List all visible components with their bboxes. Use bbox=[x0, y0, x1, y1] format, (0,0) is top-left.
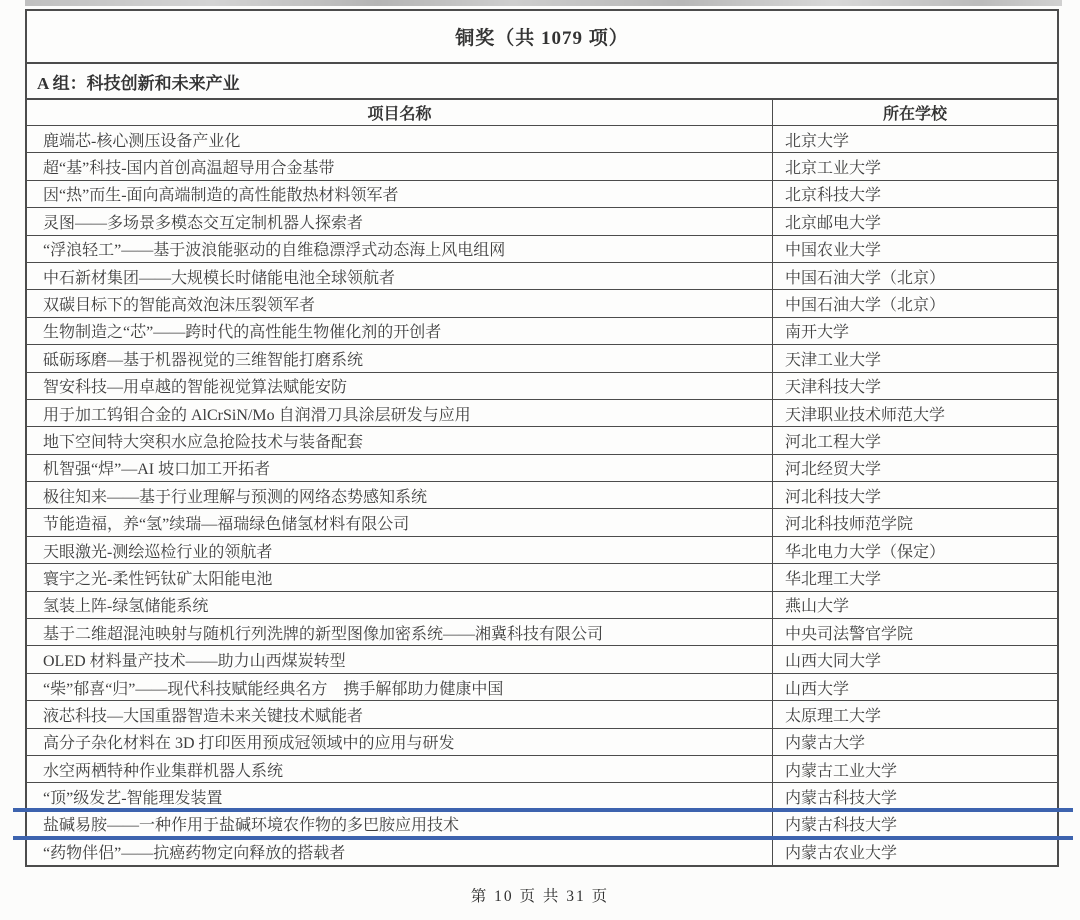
project-name-cell: 鹿端芯-核心测压设备产业化 bbox=[27, 126, 772, 152]
project-name-cell: “浮浪轻工”——基于波浪能驱动的自维稳漂浮式动态海上风电组网 bbox=[27, 236, 772, 262]
school-cell: 内蒙古大学 bbox=[772, 729, 1057, 755]
school-cell: 山西大学 bbox=[772, 674, 1057, 700]
table-row: 寰宇之光-柔性钙钛矿太阳能电池 华北理工大学 bbox=[27, 564, 1057, 591]
school-cell: 内蒙古科技大学 bbox=[772, 811, 1057, 837]
table-row: 盐碱易胺——一种作用于盐碱环境农作物的多巴胺应用技术 内蒙古科技大学 bbox=[27, 811, 1057, 838]
project-name-cell: 地下空间特大突积水应急抢险技术与装备配套 bbox=[27, 427, 772, 453]
project-name-cell: 盐碱易胺——一种作用于盐碱环境农作物的多巴胺应用技术 bbox=[27, 811, 772, 837]
table-row: 机智强“焊”—AI 坡口加工开拓者 河北经贸大学 bbox=[27, 455, 1057, 482]
column-header-project: 项目名称 bbox=[27, 100, 772, 125]
school-cell: 内蒙古科技大学 bbox=[772, 783, 1057, 809]
project-name-cell: “顶”级发艺-智能理发装置 bbox=[27, 783, 772, 809]
project-name-cell: 中石新材集团——大规模长时储能电池全球领航者 bbox=[27, 263, 772, 289]
school-cell: 太原理工大学 bbox=[772, 701, 1057, 727]
column-header-school: 所在学校 bbox=[772, 100, 1057, 125]
school-cell: 天津科技大学 bbox=[772, 373, 1057, 399]
project-name-cell: 机智强“焊”—AI 坡口加工开拓者 bbox=[27, 455, 772, 481]
project-name-cell: “药物伴侣”——抗癌药物定向释放的搭载者 bbox=[27, 838, 772, 864]
table-row: 液芯科技—大国重器智造未来关键技术赋能者 太原理工大学 bbox=[27, 701, 1057, 728]
project-name-cell: 灵图——多场景多模态交互定制机器人探索者 bbox=[27, 208, 772, 234]
table-row: 极往知来——基于行业理解与预测的网络态势感知系统 河北科技大学 bbox=[27, 482, 1057, 509]
project-name-cell: 智安科技—用卓越的智能视觉算法赋能安防 bbox=[27, 373, 772, 399]
table-row: 因“热”而生-面向高端制造的高性能散热材料领军者 北京科技大学 bbox=[27, 181, 1057, 208]
school-cell: 内蒙古农业大学 bbox=[772, 838, 1057, 864]
awards-table: 铜奖（共 1079 项） A 组：科技创新和未来产业 项目名称 所在学校 鹿端芯… bbox=[25, 9, 1059, 867]
school-cell: 中国石油大学（北京） bbox=[772, 290, 1057, 316]
table-header-row: 项目名称 所在学校 bbox=[27, 100, 1057, 126]
school-cell: 天津工业大学 bbox=[772, 345, 1057, 371]
project-name-cell: 水空两栖特种作业集群机器人系统 bbox=[27, 756, 772, 782]
table-row: 智安科技—用卓越的智能视觉算法赋能安防 天津科技大学 bbox=[27, 373, 1057, 400]
project-name-cell: 生物制造之“芯”——跨时代的高性能生物催化剂的开创者 bbox=[27, 318, 772, 344]
school-cell: 天津职业技术师范大学 bbox=[772, 400, 1057, 426]
project-name-cell: 超“基”科技-国内首创高温超导用合金基带 bbox=[27, 153, 772, 179]
school-cell: 北京大学 bbox=[772, 126, 1057, 152]
table-row: “顶”级发艺-智能理发装置 内蒙古科技大学 bbox=[27, 783, 1057, 810]
school-cell: 北京科技大学 bbox=[772, 181, 1057, 207]
school-cell: 华北电力大学（保定） bbox=[772, 537, 1057, 563]
table-row: 用于加工钨钼合金的 AlCrSiN/Mo 自润滑刀具涂层研发与应用 天津职业技术… bbox=[27, 400, 1057, 427]
school-cell: 中央司法警官学院 bbox=[772, 619, 1057, 645]
table-row: 砥砺琢磨—基于机器视觉的三维智能打磨系统 天津工业大学 bbox=[27, 345, 1057, 372]
school-cell: 中国农业大学 bbox=[772, 236, 1057, 262]
school-cell: 中国石油大学（北京） bbox=[772, 263, 1057, 289]
table-row: “浮浪轻工”——基于波浪能驱动的自维稳漂浮式动态海上风电组网 中国农业大学 bbox=[27, 236, 1057, 263]
school-cell: 山西大同大学 bbox=[772, 646, 1057, 672]
table-row: “药物伴侣”——抗癌药物定向释放的搭载者 内蒙古农业大学 bbox=[27, 838, 1057, 864]
project-name-cell: 用于加工钨钼合金的 AlCrSiN/Mo 自润滑刀具涂层研发与应用 bbox=[27, 400, 772, 426]
school-cell: 河北工程大学 bbox=[772, 427, 1057, 453]
table-row: 节能造福，养“氢”续瑞—福瑞绿色储氢材料有限公司 河北科技师范学院 bbox=[27, 509, 1057, 536]
project-name-cell: 砥砺琢磨—基于机器视觉的三维智能打磨系统 bbox=[27, 345, 772, 371]
table-row: 地下空间特大突积水应急抢险技术与装备配套 河北工程大学 bbox=[27, 427, 1057, 454]
project-name-cell: “柴”郁喜“归”——现代科技赋能经典名方 携手解郁助力健康中国 bbox=[27, 674, 772, 700]
project-name-cell: 基于二维超混沌映射与随机行列洗牌的新型图像加密系统——湘冀科技有限公司 bbox=[27, 619, 772, 645]
school-cell: 河北科技师范学院 bbox=[772, 509, 1057, 535]
project-name-cell: 液芯科技—大国重器智造未来关键技术赋能者 bbox=[27, 701, 772, 727]
table-row: 超“基”科技-国内首创高温超导用合金基带 北京工业大学 bbox=[27, 153, 1057, 180]
table-body: 鹿端芯-核心测压设备产业化 北京大学 超“基”科技-国内首创高温超导用合金基带 … bbox=[27, 126, 1057, 865]
table-row: “柴”郁喜“归”——现代科技赋能经典名方 携手解郁助力健康中国 山西大学 bbox=[27, 674, 1057, 701]
table-row: OLED 材料量产技术——助力山西煤炭转型 山西大同大学 bbox=[27, 646, 1057, 673]
project-name-cell: OLED 材料量产技术——助力山西煤炭转型 bbox=[27, 646, 772, 672]
school-cell: 华北理工大学 bbox=[772, 564, 1057, 590]
table-row: 氢装上阵-绿氢储能系统 燕山大学 bbox=[27, 592, 1057, 619]
page-title: 铜奖（共 1079 项） bbox=[27, 11, 1057, 64]
project-name-cell: 寰宇之光-柔性钙钛矿太阳能电池 bbox=[27, 564, 772, 590]
project-name-cell: 极往知来——基于行业理解与预测的网络态势感知系统 bbox=[27, 482, 772, 508]
school-cell: 内蒙古工业大学 bbox=[772, 756, 1057, 782]
table-row: 鹿端芯-核心测压设备产业化 北京大学 bbox=[27, 126, 1057, 153]
project-name-cell: 氢装上阵-绿氢储能系统 bbox=[27, 592, 772, 618]
table-row: 灵图——多场景多模态交互定制机器人探索者 北京邮电大学 bbox=[27, 208, 1057, 235]
group-header: A 组：科技创新和未来产业 bbox=[27, 64, 1057, 100]
school-cell: 北京工业大学 bbox=[772, 153, 1057, 179]
table-row: 双碳目标下的智能高效泡沫压裂领军者 中国石油大学（北京） bbox=[27, 290, 1057, 317]
cropped-previous-content-strip bbox=[25, 0, 1062, 6]
project-name-cell: 高分子杂化材料在 3D 打印医用预成冠领域中的应用与研发 bbox=[27, 729, 772, 755]
table-row: 基于二维超混沌映射与随机行列洗牌的新型图像加密系统——湘冀科技有限公司 中央司法… bbox=[27, 619, 1057, 646]
school-cell: 南开大学 bbox=[772, 318, 1057, 344]
school-cell: 燕山大学 bbox=[772, 592, 1057, 618]
school-cell: 河北经贸大学 bbox=[772, 455, 1057, 481]
table-row: 生物制造之“芯”——跨时代的高性能生物催化剂的开创者 南开大学 bbox=[27, 318, 1057, 345]
project-name-cell: 天眼激光-测绘巡检行业的领航者 bbox=[27, 537, 772, 563]
project-name-cell: 节能造福，养“氢”续瑞—福瑞绿色储氢材料有限公司 bbox=[27, 509, 772, 535]
school-cell: 河北科技大学 bbox=[772, 482, 1057, 508]
table-row: 中石新材集团——大规模长时储能电池全球领航者 中国石油大学（北京） bbox=[27, 263, 1057, 290]
project-name-cell: 因“热”而生-面向高端制造的高性能散热材料领军者 bbox=[27, 181, 772, 207]
project-name-cell: 双碳目标下的智能高效泡沫压裂领军者 bbox=[27, 290, 772, 316]
page-number-footer: 第 10 页 共 31 页 bbox=[0, 884, 1080, 906]
table-row: 水空两栖特种作业集群机器人系统 内蒙古工业大学 bbox=[27, 756, 1057, 783]
school-cell: 北京邮电大学 bbox=[772, 208, 1057, 234]
table-row: 天眼激光-测绘巡检行业的领航者 华北电力大学（保定） bbox=[27, 537, 1057, 564]
table-row: 高分子杂化材料在 3D 打印医用预成冠领域中的应用与研发 内蒙古大学 bbox=[27, 729, 1057, 756]
